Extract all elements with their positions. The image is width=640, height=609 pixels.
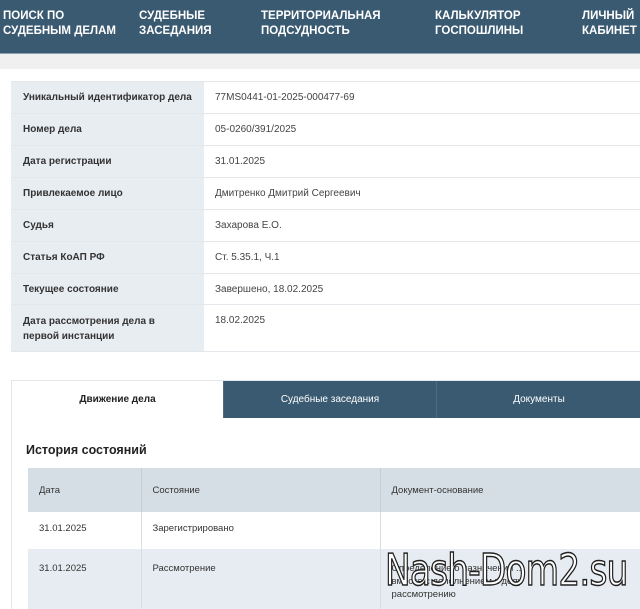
history-header-row: Дата Состояние Документ-основание xyxy=(28,468,640,512)
column-header-date: Дата xyxy=(28,468,141,512)
first-instance-date-value: 18.02.2025 xyxy=(204,305,640,351)
row-label: Текущее состояние xyxy=(11,274,204,304)
case-id-row: Уникальный идентификатор дела77MS0441-01… xyxy=(11,82,640,114)
row-label: Уникальный идентификатор дела xyxy=(11,82,204,113)
article-value: Ст. 5.35.1, Ч.1 xyxy=(204,242,640,273)
nav-jurisdiction[interactable]: Территориальнаяподсудность xyxy=(261,9,381,39)
nav-label: заседания xyxy=(139,24,212,39)
registration-date-row: Дата регистрации31.01.2025 xyxy=(11,146,640,178)
row-label: Дата рассмотрения дела в первой инстанци… xyxy=(11,305,204,351)
history-document xyxy=(380,512,640,549)
nav-label: Калькулятор xyxy=(435,9,523,24)
row-label: Дата регистрации xyxy=(11,146,204,177)
nav-court-sessions[interactable]: Судебныезаседания xyxy=(139,9,212,39)
row-label: Номер дела xyxy=(11,114,204,145)
nav-search-cases[interactable]: Поиск посудебным делам xyxy=(3,9,116,39)
row-label: Привлекаемое лицо xyxy=(11,178,204,209)
judge-row: СудьяЗахарова Е.О. xyxy=(11,210,640,242)
nav-label: Территориальная xyxy=(261,9,381,24)
nav-label: Судебные xyxy=(139,9,212,24)
nav-label: подсудность xyxy=(261,24,381,39)
judge-value: Захарова Е.О. xyxy=(204,210,640,241)
history-date: 31.01.2025 xyxy=(28,512,141,549)
watermark: Nash-Dom2.su xyxy=(385,545,628,596)
history-state: Зарегистрировано xyxy=(141,512,380,549)
column-header-document: Документ-основание xyxy=(380,468,640,512)
row-label: Судья xyxy=(11,210,204,241)
history-state: Рассмотрение xyxy=(141,549,380,609)
case-number-row: Номер дела05-0260/391/2025 xyxy=(11,114,640,146)
column-header-state: Состояние xyxy=(141,468,380,512)
section-title: История состояний xyxy=(26,443,147,457)
defendant-row: Привлекаемое лицоДмитренко Дмитрий Серге… xyxy=(11,178,640,210)
case-number-value: 05-0260/391/2025 xyxy=(204,114,640,145)
row-label: Статья КоАП РФ xyxy=(11,242,204,273)
tab-documents[interactable]: Документы xyxy=(436,381,640,418)
case-info-table: Уникальный идентификатор дела77MS0441-01… xyxy=(11,81,640,352)
top-navigation: Поиск посудебным делам Судебныезаседания… xyxy=(0,0,640,53)
article-row: Статья КоАП РФСт. 5.35.1, Ч.1 xyxy=(11,242,640,274)
current-state-value: Завершено, 18.02.2025 xyxy=(204,274,640,304)
case-id-value: 77MS0441-01-2025-000477-69 xyxy=(204,82,640,113)
current-state-row: Текущее состояниеЗавершено, 18.02.2025 xyxy=(11,274,640,305)
nav-fee-calculator[interactable]: Калькуляторгоспошлины xyxy=(435,9,523,39)
history-date: 31.01.2025 xyxy=(28,549,141,609)
sub-header-bar xyxy=(0,53,640,69)
nav-label: Поиск по xyxy=(3,9,116,24)
nav-label: Личный xyxy=(582,9,637,24)
nav-label: госпошлины xyxy=(435,24,523,39)
nav-personal-account[interactable]: Личныйкабинет xyxy=(582,9,637,39)
tab-court-sessions[interactable]: Судебные заседания xyxy=(223,381,436,418)
tab-bar: Движение дела Судебные заседания Докумен… xyxy=(12,381,640,418)
defendant-value: Дмитренко Дмитрий Сергеевич xyxy=(204,178,640,209)
nav-label: кабинет xyxy=(582,24,637,39)
table-row: 31.01.2025 Зарегистрировано xyxy=(28,512,640,549)
first-instance-date-row: Дата рассмотрения дела в первой инстанци… xyxy=(11,305,640,352)
registration-date-value: 31.01.2025 xyxy=(204,146,640,177)
nav-label: судебным делам xyxy=(3,24,116,39)
tab-case-movement[interactable]: Движение дела xyxy=(12,381,223,418)
